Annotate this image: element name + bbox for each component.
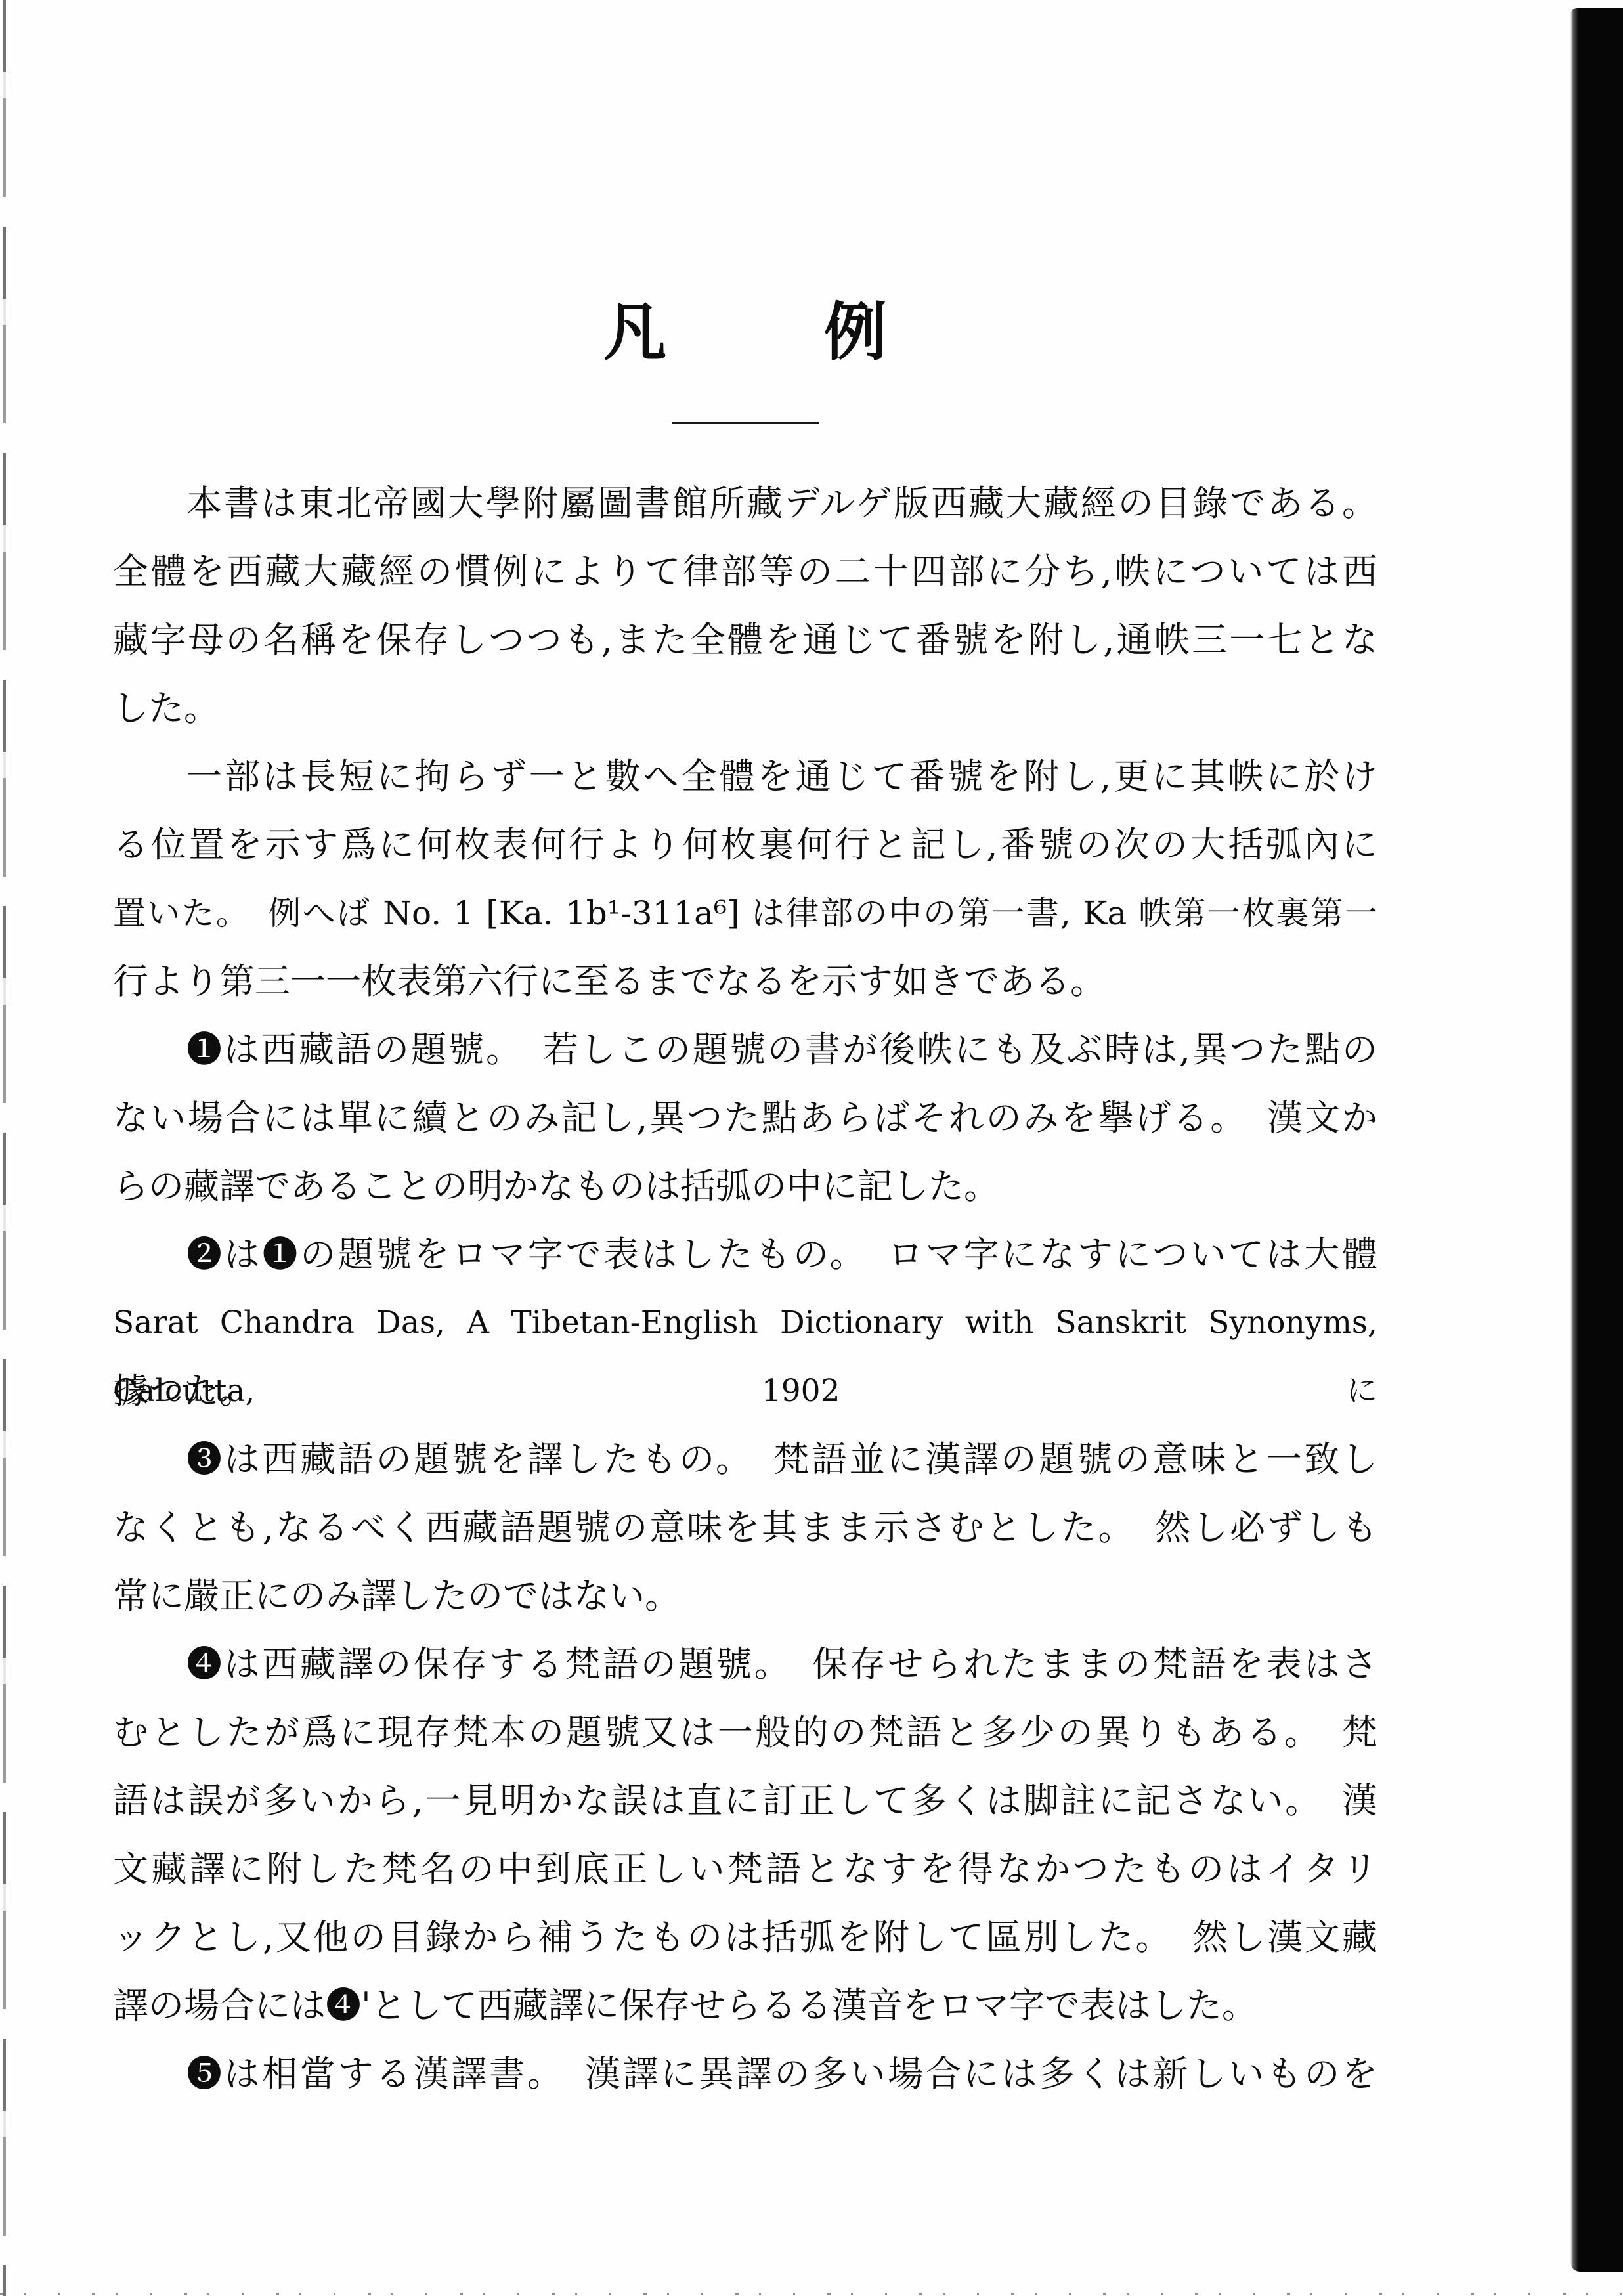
text-line: らの藏譯であることの明かなものは括弧の中に記した。 — [113, 1152, 1377, 1221]
scanned-document-page: 凡 例 本書は東北帝國大學附屬圖書館所藏デルゲ版西藏大藏經の目錄である。 全體を… — [0, 0, 1623, 2296]
text-line: ❹は西藏譯の保存する梵語の題號。 保存せられたままの梵語を表はさ — [113, 1630, 1377, 1699]
text-line: Sarat Chandra Das, A Tibetan-English Dic… — [113, 1289, 1377, 1357]
text-line: した。 — [113, 674, 1377, 743]
text-line: 藏字母の名稱を保存しつつも,また全體を通じて番號を附し,通帙三一七とな — [113, 606, 1377, 674]
scan-noise-bottom-edge — [0, 2293, 1623, 2295]
text-line: 全體を西藏大藏經の慣例によりて律部等の二十四部に分ち,帙については西 — [113, 538, 1377, 606]
text-line: 本書は東北帝國大學附屬圖書館所藏デルゲ版西藏大藏經の目錄である。 — [113, 469, 1377, 538]
scan-edge-artifact-left — [3, 0, 6, 2296]
page-title-char-1: 凡 — [603, 294, 666, 370]
text-line: 置いた。 例へば No. 1 [Ka. 1b¹-311a⁶] は律部の中の第一書… — [113, 879, 1377, 947]
text-line: 文藏譯に附した梵名の中到底正しい梵語となすを得なかつたものはイタリ — [113, 1835, 1377, 1903]
text-line: ❶は西藏語の題號。 若しこの題號の書が後帙にも及ぶ時は,異つた點の — [113, 1016, 1377, 1084]
text-line: る位置を示す爲に何枚表何行より何枚裏何行と記し,番號の次の大括弧內に — [113, 811, 1377, 879]
text-line: ❺は相當する漢譯書。 漢譯に異譯の多い場合には多くは新しいものを — [113, 2040, 1377, 2108]
text-line: ❷は❶の題號をロマ字で表はしたもの。 ロマ字になすについては大體 — [113, 1221, 1377, 1289]
text-line: ❸は西藏語の題號を譯したもの。 梵語並に漢譯の題號の意味と一致し — [113, 1425, 1377, 1494]
text-line: 行より第三一一枚表第六行に至るまでなるを示す如きである。 — [113, 947, 1377, 1016]
title-divider-rule — [672, 422, 819, 424]
page-title-char-2: 例 — [824, 294, 887, 370]
page-title: 凡 例 — [113, 294, 1377, 370]
text-line: ックとし,又他の目錄から補うたものは括弧を附して區別した。 然し漢文藏 — [113, 1903, 1377, 1972]
text-line: 譯の場合には❹'として西藏譯に保存せらるる漢音をロマ字で表はした。 — [113, 1972, 1377, 2040]
text-line: 一部は長短に拘らず一と數へ全體を通じて番號を附し,更に其帙に於け — [113, 743, 1377, 811]
text-line: ない場合には單に續とのみ記し,異つた點あらばそれのみを擧げる。 漢文か — [113, 1084, 1377, 1152]
binding-gutter-shadow — [1570, 8, 1623, 2272]
text-line: むとしたが爲に現存梵本の題號又は一般的の梵語と多少の異りもある。 梵 — [113, 1699, 1377, 1767]
text-line: 語は誤が多いから,一見明かな誤は直に訂正して多くは脚註に記さない。 漢 — [113, 1767, 1377, 1835]
text-line: 常に嚴正にのみ譯したのではない。 — [113, 1562, 1377, 1630]
text-column: 凡 例 本書は東北帝國大學附屬圖書館所藏デルゲ版西藏大藏經の目錄である。 全體を… — [113, 294, 1377, 2108]
text-line: なくとも,なるべく西藏語題號の意味を其まま示さむとした。 然し必ずしも — [113, 1494, 1377, 1562]
body-text: 本書は東北帝國大學附屬圖書館所藏デルゲ版西藏大藏經の目錄である。 全體を西藏大藏… — [113, 469, 1377, 2108]
